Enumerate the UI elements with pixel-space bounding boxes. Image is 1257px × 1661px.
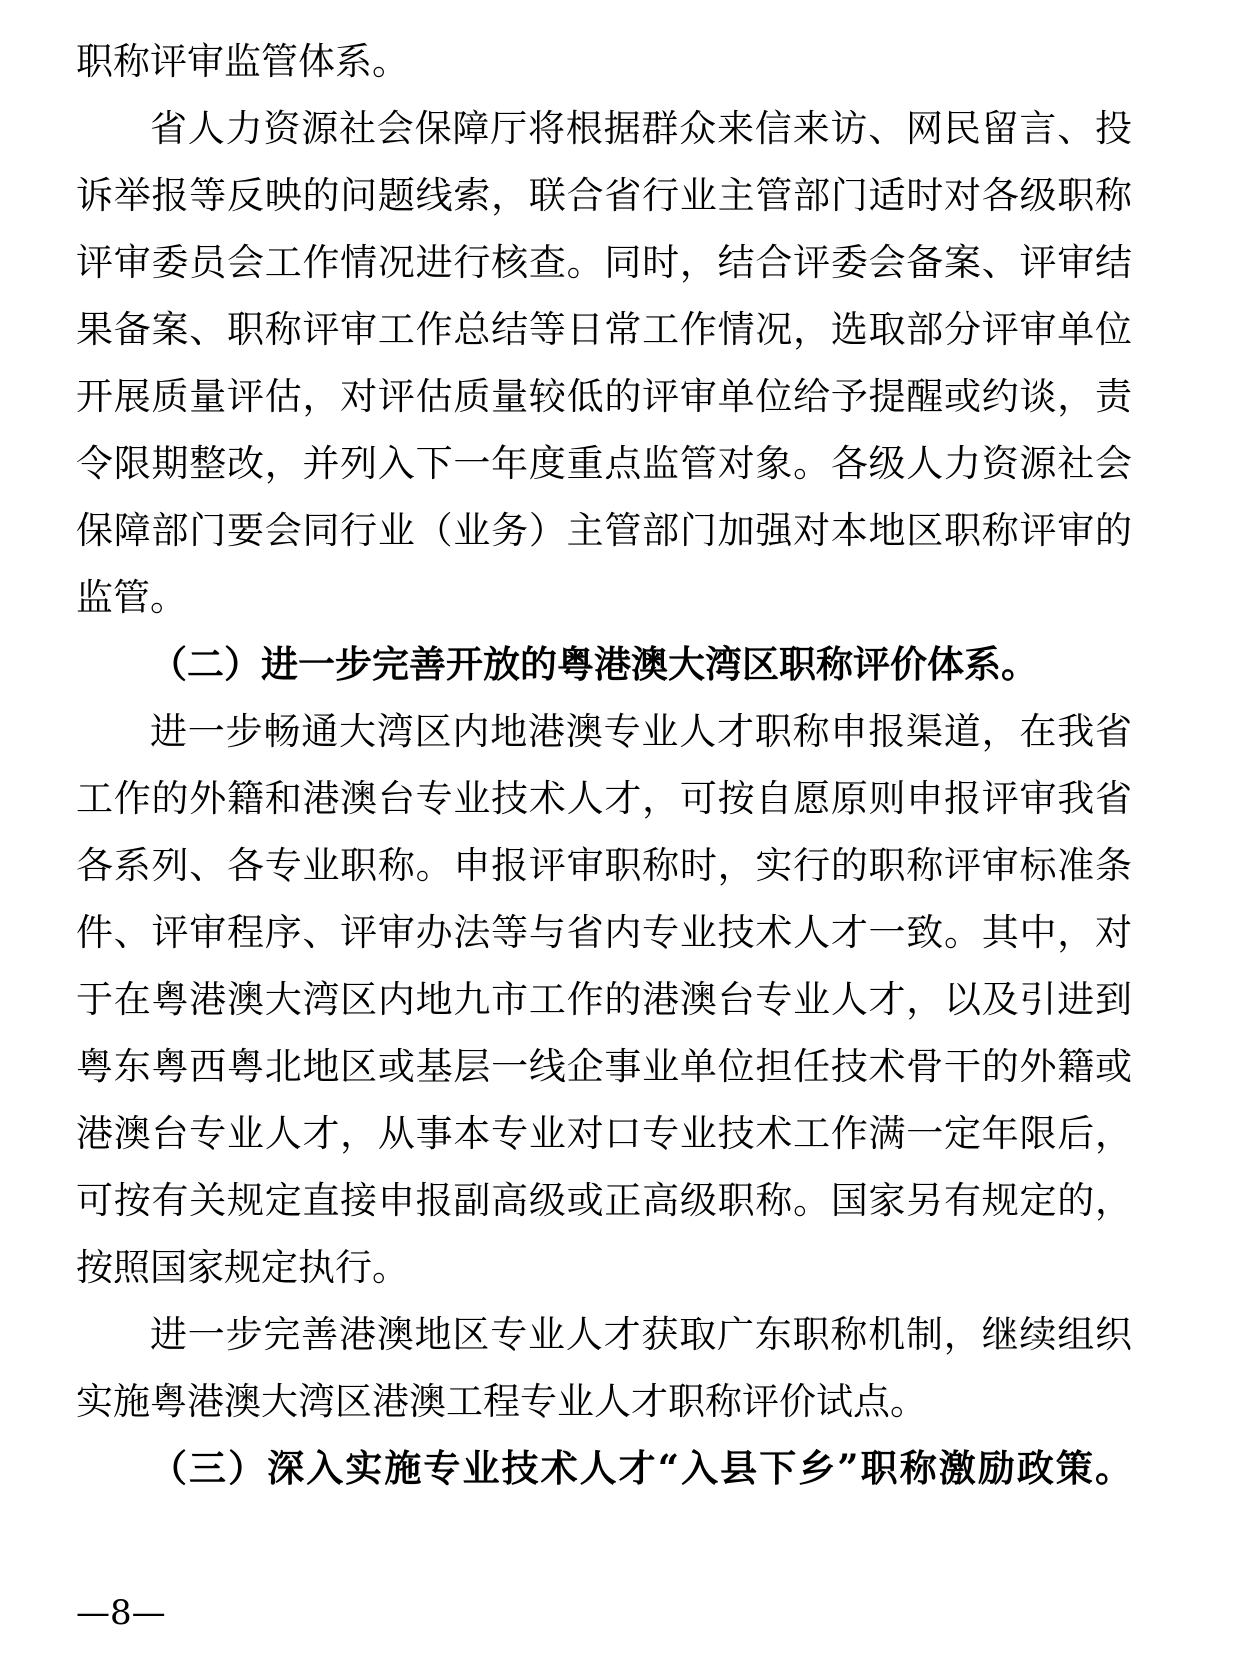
document-line: 于在粤港澳大湾区内地九市工作的港澳台专业人才，以及引进到 xyxy=(76,966,1132,1033)
page-number: —8— xyxy=(76,1594,166,1632)
document-line: 职称评审监管体系。 xyxy=(76,28,1132,95)
document-line: 工作的外籍和港澳台专业技术人才，可按自愿原则申报评审我省 xyxy=(76,765,1132,832)
document-line: 监管。 xyxy=(76,564,1132,631)
document-line: （三）深入实施专业技术人才“入县下乡”职称激励政策。 xyxy=(76,1435,1132,1502)
document-line: 件、评审程序、评审办法等与省内专业技术人才一致。其中，对 xyxy=(76,899,1132,966)
document-line: 评审委员会工作情况进行核查。同时，结合评委会备案、评审结 xyxy=(76,229,1132,296)
document-line: 保障部门要会同行业（业务）主管部门加强对本地区职称评审的 xyxy=(76,497,1132,564)
document-line: 进一步畅通大湾区内地港澳专业人才职称申报渠道，在我省 xyxy=(76,698,1132,765)
document-line: 省人力资源社会保障厅将根据群众来信来访、网民留言、投 xyxy=(76,95,1132,162)
document-line: 按照国家规定执行。 xyxy=(76,1234,1132,1301)
document-line: 果备案、职称评审工作总结等日常工作情况，选取部分评审单位 xyxy=(76,296,1132,363)
document-line: 实施粤港澳大湾区港澳工程专业人才职称评价试点。 xyxy=(76,1368,1132,1435)
document-line: 可按有关规定直接申报副高级或正高级职称。国家另有规定的， xyxy=(76,1167,1132,1234)
document-line: 粤东粤西粤北地区或基层一线企事业单位担任技术骨干的外籍或 xyxy=(76,1033,1132,1100)
document-line: 各系列、各专业职称。申报评审职称时，实行的职称评审标准条 xyxy=(76,832,1132,899)
document-page: 职称评审监管体系。省人力资源社会保障厅将根据群众来信来访、网民留言、投诉举报等反… xyxy=(0,0,1257,1661)
document-line: （二）进一步完善开放的粤港澳大湾区职称评价体系。 xyxy=(76,631,1132,698)
document-body: 职称评审监管体系。省人力资源社会保障厅将根据群众来信来访、网民留言、投诉举报等反… xyxy=(76,28,1132,1502)
document-line: 进一步完善港澳地区专业人才获取广东职称机制，继续组织 xyxy=(76,1301,1132,1368)
document-line: 诉举报等反映的问题线索，联合省行业主管部门适时对各级职称 xyxy=(76,162,1132,229)
document-line: 开展质量评估，对评估质量较低的评审单位给予提醒或约谈，责 xyxy=(76,363,1132,430)
document-line: 令限期整改，并列入下一年度重点监管对象。各级人力资源社会 xyxy=(76,430,1132,497)
document-line: 港澳台专业人才，从事本专业对口专业技术工作满一定年限后， xyxy=(76,1100,1132,1167)
